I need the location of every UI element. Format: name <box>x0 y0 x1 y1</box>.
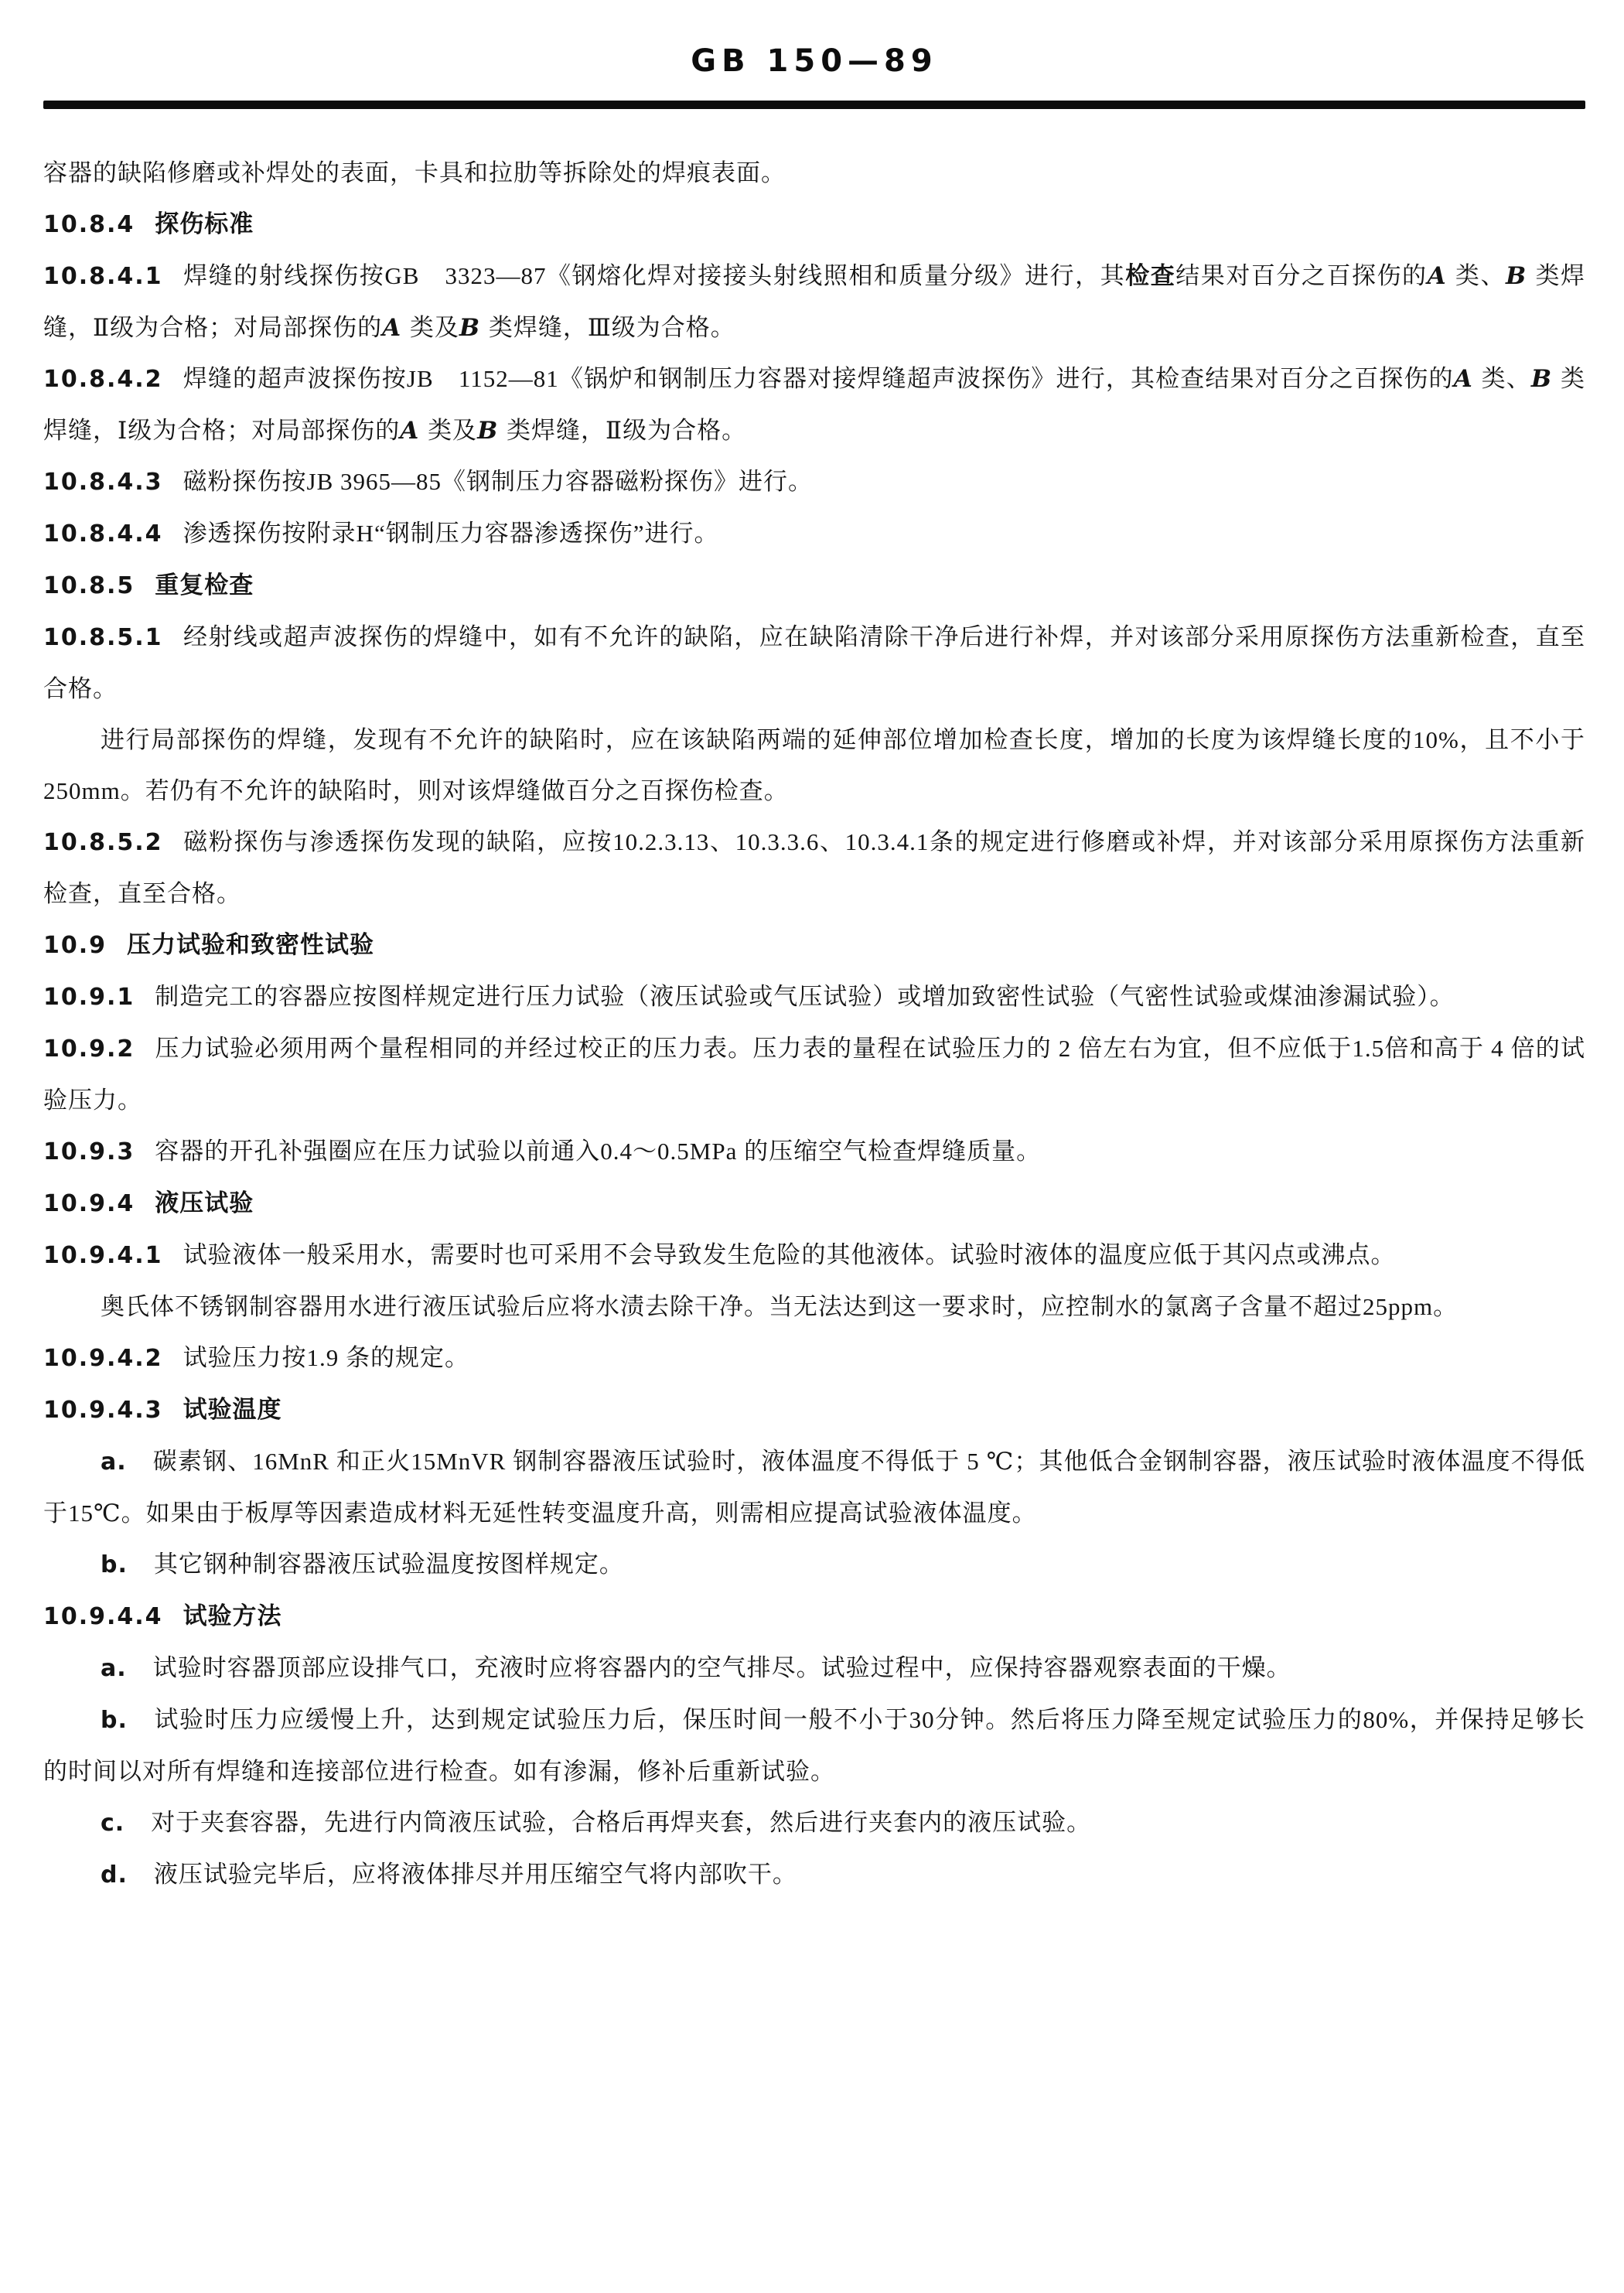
item-label: b. <box>101 1551 128 1578</box>
item-text: 液压试验完毕后，应将液体排尽并用压缩空气将内部吹干。 <box>154 1861 797 1888</box>
weld-class-letter: A <box>1454 365 1473 393</box>
weld-class-letter: A <box>1428 262 1447 290</box>
item-text: 试验时压力应缓慢上升，达到规定试验压力后，保压时间一般不小于30分钟。然后将压力… <box>43 1706 1585 1785</box>
clause-text: 类焊缝，Ⅲ级为合格。 <box>482 314 735 341</box>
clause-text: 制造完工的容器应按图样规定进行压力试验（液压试验或气压试验）或增加致密性试验（气… <box>155 983 1455 1010</box>
clause-number: 10.9.2 <box>43 1036 135 1063</box>
para-10-8-4-3: 10.8.4.3磁粉探伤按JB 3965—85《钢制压力容器磁粉探伤》进行。 <box>43 456 1585 508</box>
clause-text-bold: 检查 <box>1125 262 1175 289</box>
heading-10-8-4: 10.8.4探伤标准 <box>43 199 1585 251</box>
clause-text: 渗透探伤按附录H“钢制压力容器渗透探伤”进行。 <box>183 520 719 547</box>
heading-10-9-4-3: 10.9.4.3试验温度 <box>43 1384 1585 1436</box>
body-text: 容器的缺陷修磨或补焊处的表面，卡具和拉肋等拆除处的焊痕表面。 <box>43 159 786 186</box>
para-austenitic-stainless: 奥氏体不锈钢制容器用水进行液压试验后应将水渍去除干净。当无法达到这一要求时，应控… <box>43 1281 1585 1332</box>
item-a-test-method: a.试验时容器顶部应设排气口，充液时应将容器内的空气排尽。试验过程中，应保持容器… <box>43 1643 1585 1694</box>
clause-number: 10.9.4.2 <box>43 1345 163 1372</box>
item-a-test-temperature: a.碳素钢、16MnR 和正火15MnVR 钢制容器液压试验时，液体温度不得低于… <box>43 1436 1585 1539</box>
clause-text: 类及 <box>403 314 459 341</box>
clause-number: 10.8.4.2 <box>43 366 163 393</box>
document-page: GB 150—89 容器的缺陷修磨或补焊处的表面，卡具和拉肋等拆除处的焊痕表面。… <box>0 0 1624 2293</box>
clause-text: 压力试验必须用两个量程相同的并经过校正的压力表。压力表的量程在试验压力的 2 倍… <box>43 1035 1585 1114</box>
clause-title: 压力试验和致密性试验 <box>127 931 374 959</box>
para-local-inspection-extension: 进行局部探伤的焊缝，发现有不允许的缺陷时，应在该缺陷两端的延伸部位增加检查长度，… <box>43 715 1585 817</box>
item-text: 对于夹套容器，先进行内筒液压试验，合格后再焊夹套，然后进行夹套内的液压试验。 <box>151 1809 1091 1836</box>
para-10-8-4-1: 10.8.4.1焊缝的射线探伤按GB 3323—87《钢熔化焊对接接头射线照相和… <box>43 251 1585 353</box>
item-label: d. <box>101 1861 128 1889</box>
item-label: c. <box>101 1810 125 1837</box>
clause-number: 10.9.4 <box>43 1190 135 1217</box>
clause-title: 重复检查 <box>155 572 254 599</box>
weld-class-letter: A <box>400 417 419 445</box>
heading-10-8-5: 10.8.5重复检查 <box>43 560 1585 612</box>
heading-10-9-4-4: 10.9.4.4试验方法 <box>43 1591 1585 1643</box>
clause-number: 10.9 <box>43 932 107 959</box>
document-body: 容器的缺陷修磨或补焊处的表面，卡具和拉肋等拆除处的焊痕表面。 10.8.4探伤标… <box>43 148 1585 1901</box>
clause-number: 10.8.4.4 <box>43 520 163 548</box>
clause-text: 类、 <box>1448 262 1506 289</box>
clause-text: 容器的开孔补强圈应在压力试验以前通入0.4～0.5MPa 的压缩空气检查焊缝质量… <box>155 1138 1041 1165</box>
body-text: 进行局部探伤的焊缝，发现有不允许的缺陷时，应在该缺陷两端的延伸部位增加检查长度，… <box>43 726 1585 804</box>
clause-number: 10.9.3 <box>43 1138 135 1165</box>
weld-class-letter: B <box>1506 262 1527 290</box>
clause-text: 磁粉探伤与渗透探伤发现的缺陷，应按10.2.3.13、10.3.3.6、10.3… <box>43 828 1585 907</box>
item-text: 碳素钢、16MnR 和正火15MnVR 钢制容器液压试验时，液体温度不得低于 5… <box>43 1448 1585 1527</box>
item-text: 试验时容器顶部应设排气口，充液时应将容器内的空气排尽。试验过程中，应保持容器观察… <box>153 1654 1291 1681</box>
item-c-test-method: c.对于夹套容器，先进行内筒液压试验，合格后再焊夹套，然后进行夹套内的液压试验。 <box>43 1797 1585 1849</box>
weld-class-letter: B <box>459 314 480 342</box>
clause-number: 10.9.4.3 <box>43 1397 163 1424</box>
para-10-9-1: 10.9.1制造完工的容器应按图样规定进行压力试验（液压试验或气压试验）或增加致… <box>43 971 1585 1023</box>
clause-title: 液压试验 <box>155 1189 254 1217</box>
clause-text: 试验压力按1.9 条的规定。 <box>183 1344 470 1371</box>
clause-text: 类、 <box>1475 365 1531 392</box>
clause-number: 10.8.5 <box>43 572 135 599</box>
clause-title: 试验温度 <box>183 1396 282 1424</box>
para-10-8-5-1: 10.8.5.1经射线或超声波探伤的焊缝中，如有不允许的缺陷，应在缺陷清除干净后… <box>43 612 1585 715</box>
clause-title: 试验方法 <box>183 1602 282 1630</box>
clause-number: 10.8.5.2 <box>43 829 163 856</box>
para-10-8-4-4: 10.8.4.4渗透探伤按附录H“钢制压力容器渗透探伤”进行。 <box>43 508 1585 560</box>
item-text: 其它钢种制容器液压试验温度按图样规定。 <box>154 1551 624 1578</box>
clause-text: 类及 <box>421 417 477 444</box>
clause-number: 10.9.1 <box>43 984 135 1011</box>
clause-number: 10.8.4.1 <box>43 263 163 290</box>
weld-class-letter: B <box>1531 365 1552 393</box>
clause-text: 焊缝的射线探伤按GB 3323—87《钢熔化焊对接接头射线照相和质量分级》进行，… <box>183 262 1126 289</box>
clause-text: 经射线或超声波探伤的焊缝中，如有不允许的缺陷，应在缺陷清除干净后进行补焊，并对该… <box>43 623 1585 702</box>
item-label: a. <box>101 1448 127 1476</box>
item-label: b. <box>101 1707 128 1734</box>
clause-number: 10.8.5.1 <box>43 624 163 651</box>
item-label: a. <box>101 1655 127 1682</box>
item-d-test-method: d.液压试验完毕后，应将液体排尽并用压缩空气将内部吹干。 <box>43 1849 1585 1901</box>
clause-text: 焊缝的超声波探伤按JB 1152—81《锅炉和钢制压力容器对接焊缝超声波探伤》进… <box>183 365 1454 392</box>
para-continuation-surface: 容器的缺陷修磨或补焊处的表面，卡具和拉肋等拆除处的焊痕表面。 <box>43 148 1585 199</box>
clause-text: 类焊缝，Ⅱ级为合格。 <box>500 417 746 444</box>
clause-number: 10.9.4.4 <box>43 1603 163 1630</box>
clause-title: 探伤标准 <box>155 210 254 238</box>
clause-text: 试验液体一般采用水，需要时也可采用不会导致发生危险的其他液体。试验时液体的温度应… <box>183 1241 1396 1268</box>
clause-number: 10.9.4.1 <box>43 1242 163 1269</box>
para-10-8-4-2: 10.8.4.2焊缝的超声波探伤按JB 1152—81《锅炉和钢制压力容器对接焊… <box>43 353 1585 456</box>
para-10-9-3: 10.9.3容器的开孔补强圈应在压力试验以前通入0.4～0.5MPa 的压缩空气… <box>43 1126 1585 1178</box>
item-b-test-temperature: b.其它钢种制容器液压试验温度按图样规定。 <box>43 1539 1585 1591</box>
para-10-9-4-2: 10.9.4.2试验压力按1.9 条的规定。 <box>43 1332 1585 1384</box>
weld-class-letter: B <box>477 417 498 445</box>
heading-10-9-4: 10.9.4液压试验 <box>43 1178 1585 1230</box>
clause-text: 磁粉探伤按JB 3965—85《钢制压力容器磁粉探伤》进行。 <box>183 468 814 495</box>
body-text: 奥氏体不锈钢制容器用水进行液压试验后应将水渍去除干净。当无法达到这一要求时，应控… <box>101 1293 1458 1320</box>
heading-10-9: 10.9压力试验和致密性试验 <box>43 920 1585 971</box>
weld-class-letter: A <box>382 314 401 342</box>
item-b-test-method: b.试验时压力应缓慢上升，达到规定试验压力后，保压时间一般不小于30分钟。然后将… <box>43 1694 1585 1797</box>
clause-number: 10.8.4 <box>43 211 135 238</box>
para-10-8-5-2: 10.8.5.2磁粉探伤与渗透探伤发现的缺陷，应按10.2.3.13、10.3.… <box>43 817 1585 920</box>
para-10-9-2: 10.9.2压力试验必须用两个量程相同的并经过校正的压力表。压力表的量程在试验压… <box>43 1023 1585 1126</box>
clause-text: 结果对百分之百探伤的 <box>1175 262 1427 289</box>
header-divider-rule <box>43 101 1585 109</box>
standard-code-header: GB 150—89 <box>43 0 1585 79</box>
para-10-9-4-1: 10.9.4.1试验液体一般采用水，需要时也可采用不会导致发生危险的其他液体。试… <box>43 1230 1585 1281</box>
clause-number: 10.8.4.3 <box>43 469 163 496</box>
